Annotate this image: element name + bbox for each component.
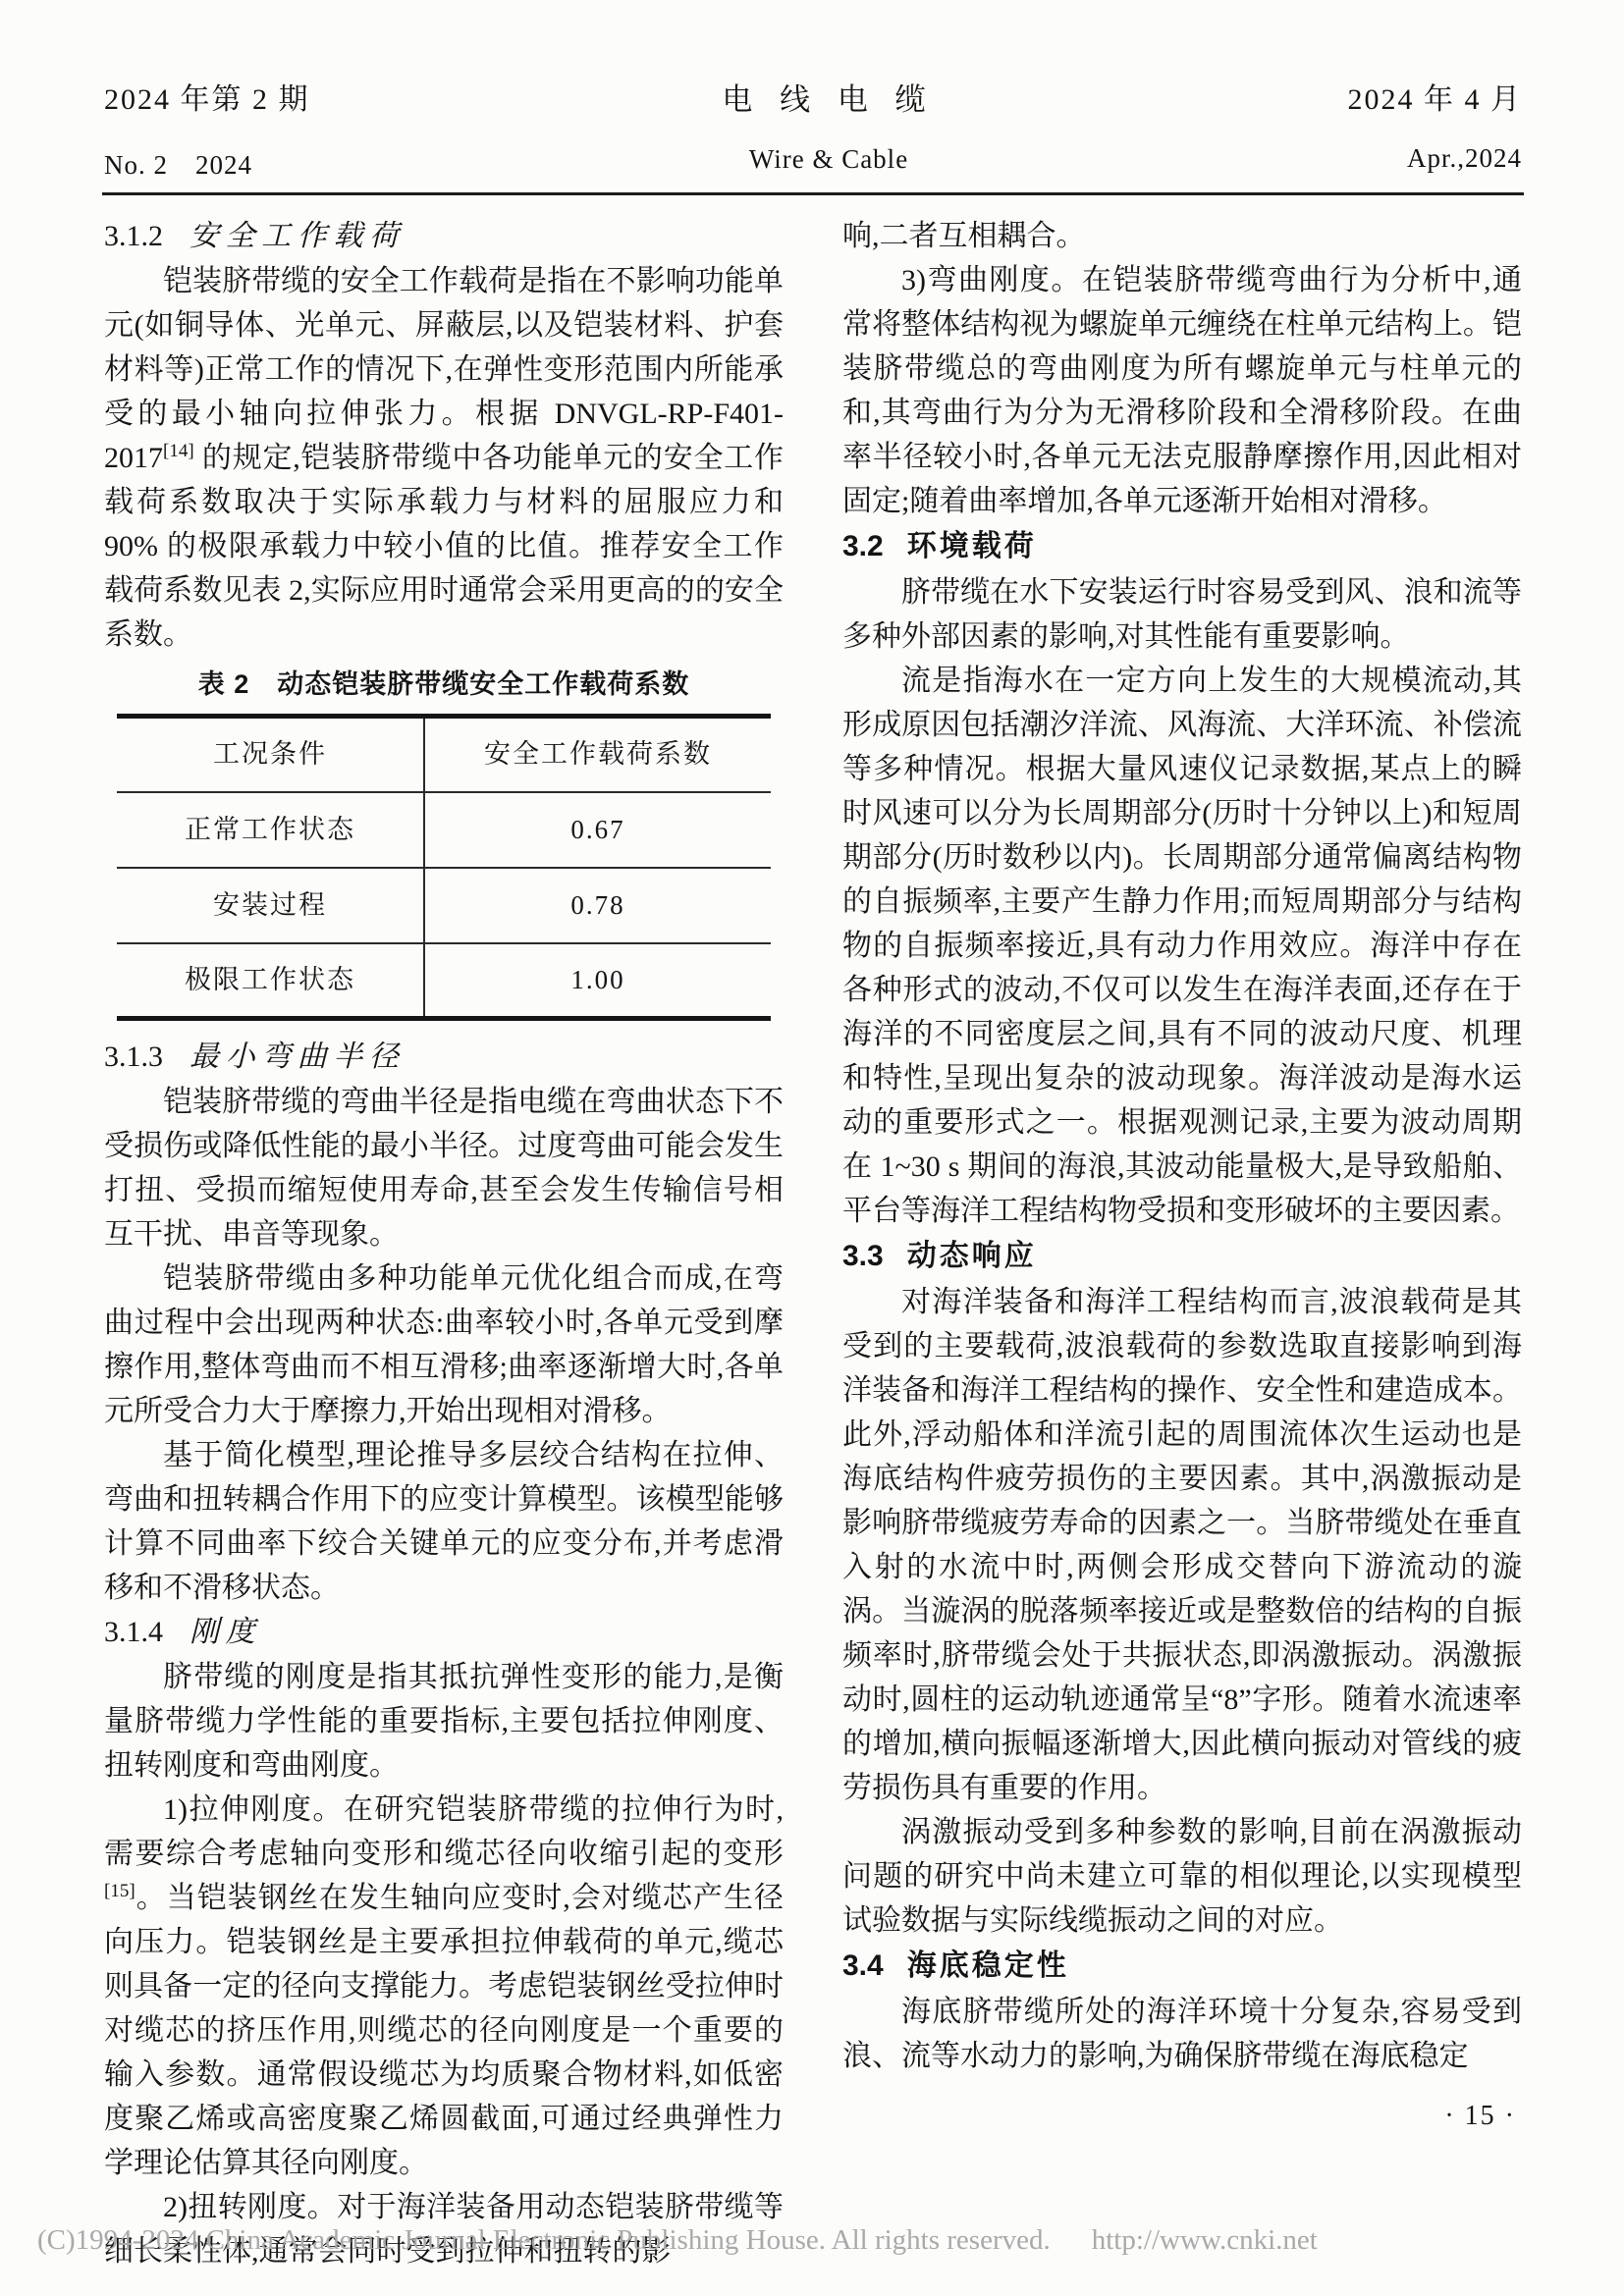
paragraph-text: 。当铠装钢丝在发生轴向应变时,会对缆芯产生径向压力。铠装钢丝是主要承担拉伸载荷的… [104,1882,784,2179]
right-column: 响,二者互相耦合。 3)弯曲刚度。在铠装脐带缆弯曲行为分析中,通常将整体结构视为… [842,214,1522,2138]
section-title: 动态响应 [907,1240,1037,1272]
section-number: 3.3 [842,1240,884,1272]
journal-title-en: Wire & Cable [722,144,935,175]
section-title: 最小弯曲半径 [189,1041,406,1073]
section-title: 海底稳定性 [907,1949,1069,1982]
table-header-factor: 安全工作载荷系数 [424,717,771,792]
table-cell-condition: 极限工作状态 [117,943,424,1019]
section-title: 刚度 [189,1616,261,1648]
table2-safety-factors: 工况条件 安全工作载荷系数 正常工作状态 0.67 安装过程 0.78 极限工作… [117,714,771,1021]
section-heading-3-1-4: 3.1.4刚度 [104,1610,784,1655]
header-journal-title: 电 线 电 缆 Wire & Cable [722,75,935,175]
paragraph-bending-stiffness: 3)弯曲刚度。在铠装脐带缆弯曲行为分析中,通常将整体结构视为螺旋单元缠绕在柱单元… [842,258,1522,523]
journal-title-cn: 电 线 电 缆 [722,75,935,119]
paragraph-stiffness-intro: 脐带缆的刚度是指其抵抗弹性变形的能力,是衡量脐带缆力学性能的重要指标,主要包括拉… [104,1655,784,1788]
citation-ref-14: [14] [163,441,194,461]
table-row: 安装过程 0.78 [117,868,771,943]
date-cn: 2024 年 4 月 [1348,75,1523,118]
paragraph-text: 1)拉伸刚度。在研究铠装脐带缆的拉伸行为时,需要综合考虑轴向变形和缆芯径向收缩引… [104,1793,784,1870]
journal-page: 2024 年第 2 期 No. 2 2024 电 线 电 缆 Wire & Ca… [0,0,1624,2296]
section-heading-3-3: 3.3动态响应 [842,1233,1522,1280]
section-number: 3.4 [842,1949,884,1982]
paragraph-simplified-model: 基于简化模型,理论推导多层绞合结构在拉伸、弯曲和扭转耦合作用下的应变计算模型。该… [104,1433,784,1610]
table-cell-factor: 0.67 [424,792,771,868]
section-heading-3-2: 3.2环境载荷 [842,523,1522,570]
table-header-row: 工况条件 安全工作载荷系数 [117,717,771,792]
section-title: 安全工作载荷 [189,220,406,252]
paragraph-env-load-intro: 脐带缆在水下安装运行时容易受到风、浪和流等多种外部因素的影响,对其性能有重要影响… [842,570,1522,659]
table-cell-condition: 安装过程 [117,868,424,943]
section-number: 3.2 [842,530,884,562]
table-cell-factor: 0.78 [424,868,771,943]
citation-ref-15: [15] [104,1881,135,1901]
section-number: 3.1.2 [104,220,163,252]
table-row: 正常工作状态 0.67 [117,792,771,868]
footer-url: http://www.cnki.net [1092,2224,1318,2256]
issue-en: No. 2 2024 [104,143,310,182]
paragraph-current-wave: 流是指海水在一定方向上发生的大规模流动,其形成原因包括潮汐洋流、风海流、大洋环流… [842,659,1522,1233]
table-header-condition: 工况条件 [117,717,424,792]
paragraph-tensile-stiffness: 1)拉伸刚度。在研究铠装脐带缆的拉伸行为时,需要综合考虑轴向变形和缆芯径向收缩引… [104,1788,784,2185]
issue-cn: 2024 年第 2 期 [104,75,310,118]
header-issue: 2024 年第 2 期 No. 2 2024 [104,75,310,182]
page-footer: (C)1994-2024 China Academic Journal Elec… [37,2224,1608,2257]
section-title: 环境载荷 [907,530,1037,562]
section-number: 3.1.4 [104,1616,163,1648]
paragraph-continuation: 响,二者互相耦合。 [842,214,1522,258]
paragraph-viv-parameters: 涡激振动受到多种参数的影响,目前在涡激振动问题的研究中尚未建立可靠的相似理论,以… [842,1810,1522,1943]
journal-header: 2024 年第 2 期 No. 2 2024 电 线 电 缆 Wire & Ca… [104,75,1522,182]
table-cell-condition: 正常工作状态 [117,792,424,868]
table-row: 极限工作状态 1.00 [117,943,771,1019]
paragraph-safety-load: 铠装脐带缆的安全工作载荷是指在不影响功能单元(如铜导体、光单元、屏蔽层,以及铠装… [104,259,784,657]
header-date: 2024 年 4 月 Apr.,2024 [1348,75,1523,174]
paragraph-dynamic-response: 对海洋装备和海洋工程结构而言,波浪载荷是其受到的主要载荷,波浪载荷的参数选取直接… [842,1280,1522,1810]
table-cell-factor: 1.00 [424,943,771,1019]
date-en: Apr.,2024 [1348,143,1523,174]
section-heading-3-1-2: 3.1.2安全工作载荷 [104,214,784,259]
footer-copyright: (C)1994-2024 China Academic Journal Elec… [37,2224,1051,2256]
paragraph-text: 的规定,铠装脐带缆中各功能单元的安全工作载荷系数取决于实际承载力与材料的屈服应力… [104,442,784,651]
left-column: 3.1.2安全工作载荷 铠装脐带缆的安全工作载荷是指在不影响功能单元(如铜导体、… [104,214,784,2273]
page-number: · 15 · [842,2094,1522,2138]
paragraph-bend-radius: 铠装脐带缆的弯曲半径是指电缆在弯曲状态下不受损伤或降低性能的最小半径。过度弯曲可… [104,1080,784,1256]
section-heading-3-1-3: 3.1.3最小弯曲半径 [104,1035,784,1080]
table2-caption: 表 2 动态铠装脐带缆安全工作载荷系数 [104,663,784,706]
section-number: 3.1.3 [104,1041,163,1073]
section-heading-3-4: 3.4海底稳定性 [842,1943,1522,1990]
paragraph-bend-states: 铠装脐带缆由多种功能单元优化组合而成,在弯曲过程中会出现两种状态:曲率较小时,各… [104,1256,784,1433]
header-divider [102,192,1524,195]
paragraph-seabed-stability: 海底脐带缆所处的海洋环境十分复杂,容易受到浪、流等水动力的影响,为确保脐带缆在海… [842,1990,1522,2078]
